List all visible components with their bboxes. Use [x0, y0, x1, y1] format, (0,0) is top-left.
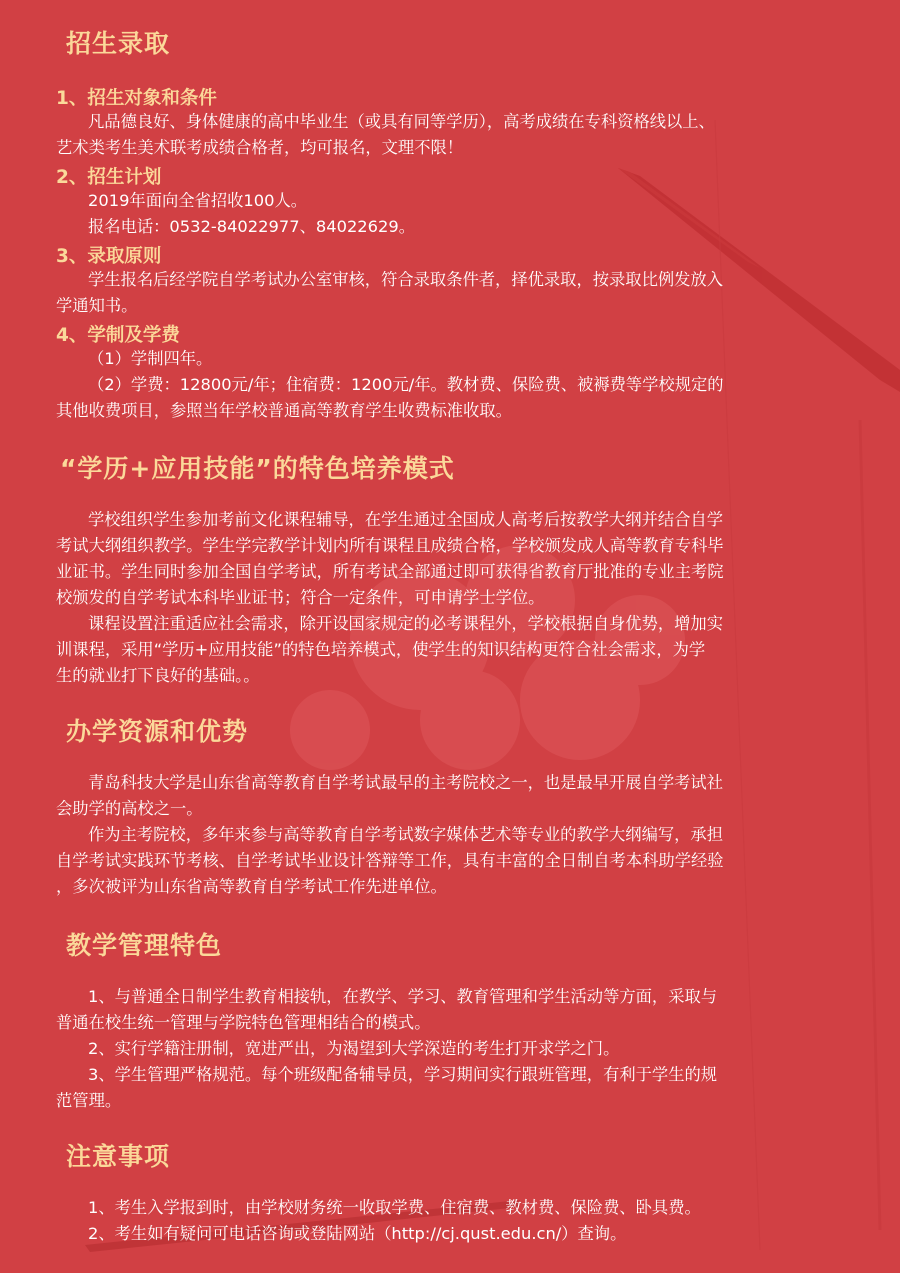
text-line: 作为主考院校，多年来参与高等教育自学考试数字媒体艺术等专业的教学大纲编写，承担 [56, 822, 856, 848]
text-line: 青岛科技大学是山东省高等教育自学考试最早的主考院校之一，也是最早开展自学考试社 [56, 770, 856, 796]
section-title-management: 教学管理特色 [66, 926, 222, 962]
brochure-page: 招生录取 1、招生对象和条件 凡品德良好、身体健康的高中毕业生（或具有同等学历）… [0, 0, 900, 1273]
paragraph-training-mode: 学校组织学生参加考前文化课程辅导，在学生通过全国成人高考后按教学大纲并结合自学 … [56, 507, 856, 689]
text-line: 其他收费项目，参照当年学校普通高等教育学生收费标准收取。 [56, 398, 856, 424]
text-line: 艺术类考生美术联考成绩合格者，均可报名，文理不限！ [56, 135, 856, 161]
paragraph-duration-fees: （1）学制四年。 （2）学费：12800元/年；住宿费：1200元/年。教材费、… [56, 346, 856, 424]
text-line: 学通知书。 [56, 293, 856, 319]
section-title-training-mode: “学历+应用技能”的特色培养模式 [60, 449, 455, 485]
section-title-admission: 招生录取 [66, 24, 170, 60]
subheading-enrollment-plan: 2、招生计划 [56, 163, 161, 189]
text-line: 训课程，采用“学历+应用技能”的特色培养模式，使学生的知识结构更符合社会需求，为… [56, 637, 856, 663]
list-item: 2、实行学籍注册制，宽进严出，为渴望到大学深造的考生打开求学之门。 [56, 1036, 856, 1062]
text-line: 凡品德良好、身体健康的高中毕业生（或具有同等学历），高考成绩在专科资格线以上、 [56, 109, 856, 135]
list-item: 3、学生管理严格规范。每个班级配备辅导员，学习期间实行跟班管理，有利于学生的规 [56, 1062, 856, 1088]
text-line: 范管理。 [56, 1088, 856, 1114]
subheading-duration-fees: 4、学制及学费 [56, 321, 180, 347]
phone-text: 报名电话：0532-84022977、84022629。 [56, 214, 856, 240]
paragraph-notes: 1、考生入学报到时，由学校财务统一收取学费、住宿费、教材费、保险费、卧具费。 2… [56, 1195, 856, 1247]
paragraph-enrollment-plan: 2019年面向全省招收100人。 报名电话：0532-84022977、8402… [56, 188, 856, 240]
text-line: 会助学的高校之一。 [56, 796, 856, 822]
list-item: 1、考生入学报到时，由学校财务统一收取学费、住宿费、教材费、保险费、卧具费。 [56, 1195, 856, 1221]
text-line: 2019年面向全省招收100人。 [56, 188, 856, 214]
paragraph-resources: 青岛科技大学是山东省高等教育自学考试最早的主考院校之一，也是最早开展自学考试社 … [56, 770, 856, 900]
text-line: 考试大纲组织教学。学生学完教学计划内所有课程且成绩合格，学校颁发成人高等教育专科… [56, 533, 856, 559]
subheading-eligibility: 1、招生对象和条件 [56, 84, 217, 110]
text-line: 学校组织学生参加考前文化课程辅导，在学生通过全国成人高考后按教学大纲并结合自学 [56, 507, 856, 533]
list-item: 1、与普通全日制学生教育相接轨，在教学、学习、教育管理和学生活动等方面，采取与 [56, 984, 856, 1010]
section-title-notes: 注意事项 [66, 1137, 170, 1173]
text-line: 课程设置注重适应社会需求，除开设国家规定的必考课程外，学校根据自身优势，增加实 [56, 611, 856, 637]
list-item: 2、考生如有疑问可电话咨询或登陆网站（http://cj.qust.edu.cn… [56, 1221, 856, 1247]
section-title-resources: 办学资源和优势 [66, 712, 248, 748]
paragraph-eligibility: 凡品德良好、身体健康的高中毕业生（或具有同等学历），高考成绩在专科资格线以上、 … [56, 109, 856, 161]
text-line: ，多次被评为山东省高等教育自学考试工作先进单位。 [56, 874, 856, 900]
text-line: 生的就业打下良好的基础。。 [56, 663, 856, 689]
paragraph-management: 1、与普通全日制学生教育相接轨，在教学、学习、教育管理和学生活动等方面，采取与 … [56, 984, 856, 1114]
text-line: 自学考试实践环节考核、自学考试毕业设计答辩等工作，具有丰富的全日制自考本科助学经… [56, 848, 856, 874]
text-line: 业证书。学生同时参加全国自学考试，所有考试全部通过即可获得省教育厅批准的专业主考… [56, 559, 856, 585]
text-line: 校颁发的自学考试本科毕业证书；符合一定条件，可申请学士学位。 [56, 585, 856, 611]
text-line: 学生报名后经学院自学考试办公室审核，符合录取条件者，择优录取，按录取比例发放入 [56, 267, 856, 293]
text-line: （1）学制四年。 [56, 346, 856, 372]
subheading-admission-principle: 3、录取原则 [56, 242, 161, 268]
paragraph-admission-principle: 学生报名后经学院自学考试办公室审核，符合录取条件者，择优录取，按录取比例发放入 … [56, 267, 856, 319]
text-line: 普通在校生统一管理与学院特色管理相结合的模式。 [56, 1010, 856, 1036]
text-line: （2）学费：12800元/年；住宿费：1200元/年。教材费、保险费、被褥费等学… [56, 372, 856, 398]
